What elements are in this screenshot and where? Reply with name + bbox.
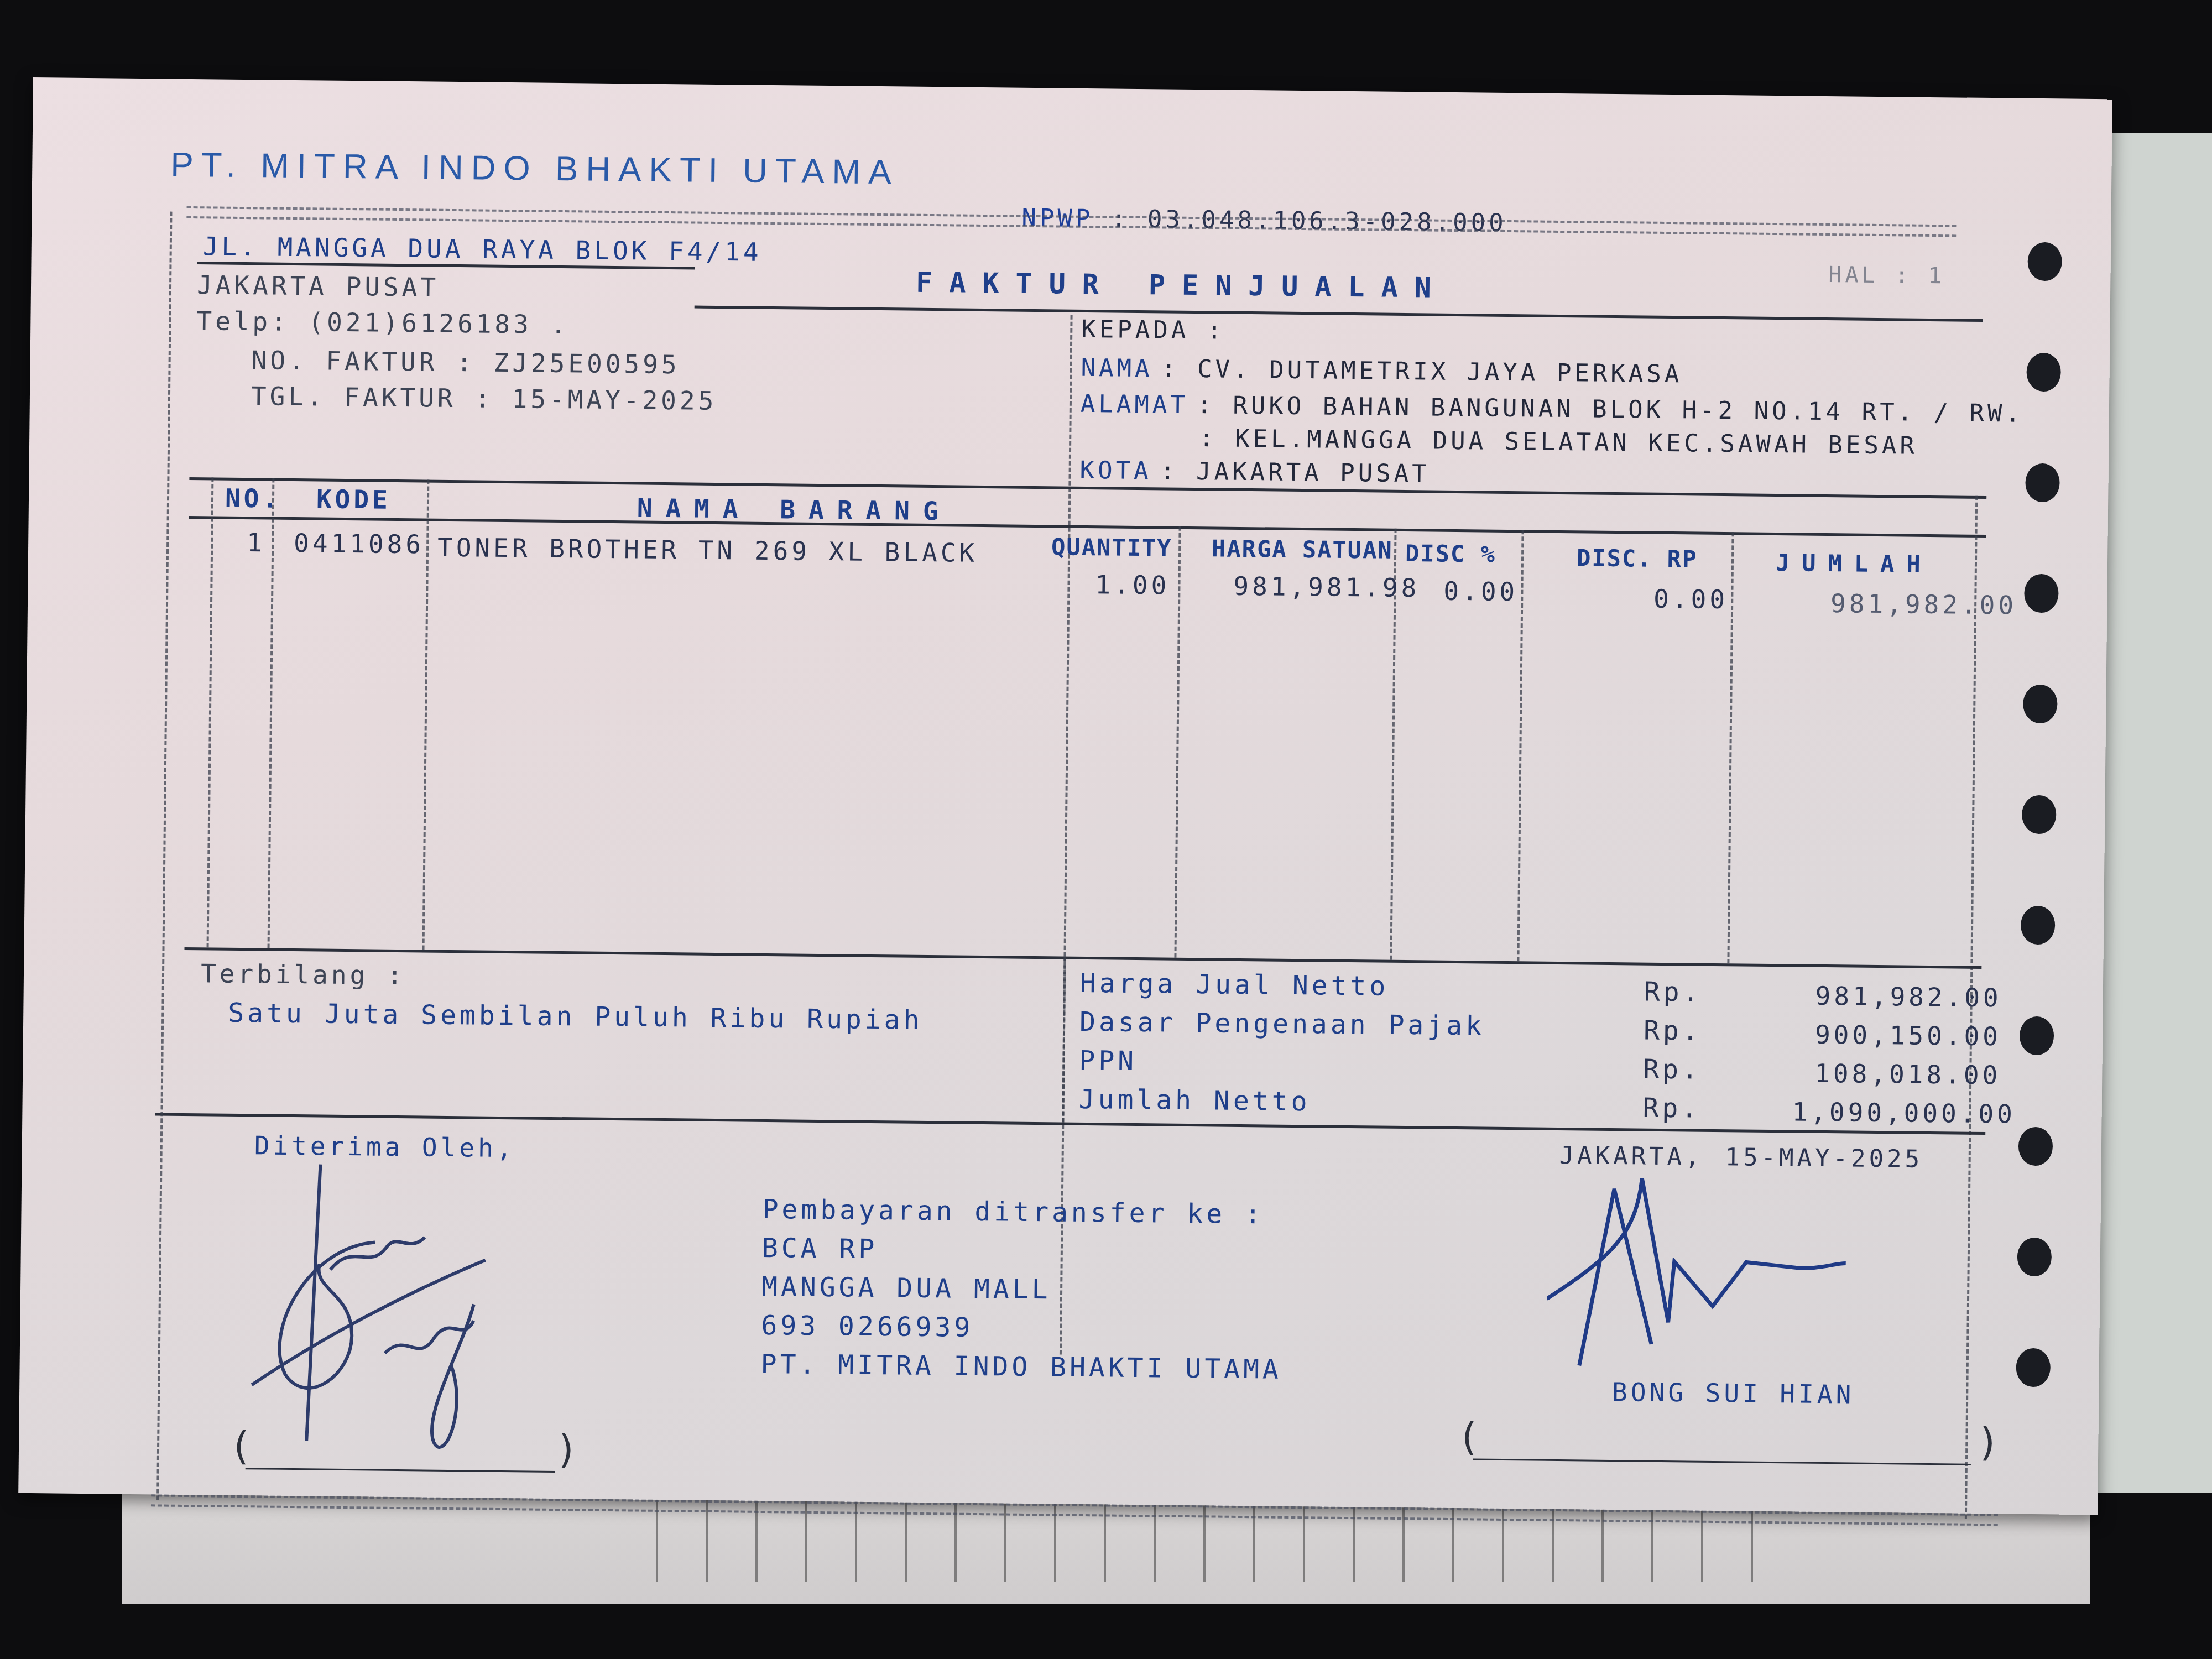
cell-no: 1 xyxy=(247,528,265,557)
summary-row-total: Jumlah Netto Rp. 1,090,000.00 xyxy=(33,77,2112,99)
seller-signature-icon xyxy=(1546,1177,1880,1391)
left-border-dash xyxy=(156,212,172,1500)
customer-address-separator-2: : xyxy=(1199,424,1235,453)
customer-name: CV. DUTAMETRIX JAYA PERKASA xyxy=(1197,355,1683,388)
summary-value: 108,018.00 xyxy=(1814,1058,2001,1091)
col-divider-disc-rp xyxy=(1727,532,1734,963)
summary-bottom-line xyxy=(155,1113,1985,1135)
terbilang-text: Satu Juta Sembilan Puluh Ribu Rupiah xyxy=(228,998,923,1036)
cell-kode: 0411086 xyxy=(294,528,424,559)
seller-address: JL. MANGGA DUA RAYA BLOK F4/14 xyxy=(203,231,762,267)
col-divider-qty xyxy=(1174,526,1181,958)
payment-branch: MANGGA DUA MALL xyxy=(761,1271,1051,1305)
seller-signature-line xyxy=(1473,1458,1971,1465)
receiver-signature-bracket-left: ( xyxy=(229,1423,253,1469)
customer-address-row: ALAMAT : RUKO BAHAN BANGUNAN BLOK H-2 NO… xyxy=(1081,390,2024,428)
summary-value: 900,150.00 xyxy=(1815,1020,2002,1052)
summary-currency: Rp. xyxy=(1644,1015,1702,1047)
feed-hole-icon xyxy=(2022,795,2057,834)
summary-currency: Rp. xyxy=(1644,977,1702,1008)
feed-hole-icon xyxy=(2021,906,2056,945)
summary-label: Harga Jual Netto xyxy=(1080,968,1389,1002)
page-number: HAL : 1 xyxy=(1828,262,1945,289)
customer-city-separator: : xyxy=(1160,457,1197,486)
seller-signature-bracket-left: ( xyxy=(1457,1414,1480,1459)
summary-currency: Rp. xyxy=(1643,1054,1701,1086)
page-value: 1 xyxy=(1928,263,1945,289)
invoice-number-label: NO. FAKTUR xyxy=(251,345,438,377)
terbilang-label: Terbilang : xyxy=(201,958,406,990)
cell-quantity: 1.00 xyxy=(1095,570,1170,600)
th-harga-satuan: HARGA SATUAN xyxy=(1212,535,1393,564)
col-divider-no xyxy=(268,478,275,948)
feed-hole-icon xyxy=(2018,1127,2053,1166)
th-kode: KODE xyxy=(316,484,391,514)
signoff-place: JAKARTA, xyxy=(1559,1141,1703,1171)
feed-hole-icon xyxy=(2024,574,2059,613)
invoice-number-value: ZJ25E00595 xyxy=(493,348,680,380)
feed-hole-icon xyxy=(2026,353,2061,392)
th-disc-pct: DISC % xyxy=(1405,540,1496,568)
summary-currency: Rp. xyxy=(1642,1093,1700,1124)
customer-address-row-2: : KEL.MANGGA DUA SELATAN KEC.SAWAH BESAR xyxy=(1199,424,1918,460)
th-no: NO. xyxy=(225,483,281,514)
receiver-signature-bracket-right: ) xyxy=(555,1427,579,1472)
customer-name-row: NAMA : CV. DUTAMETRIX JAYA PERKASA xyxy=(1081,354,1682,388)
summary-row: Dasar Pengenaan Pajak Rp. 900,150.00 xyxy=(33,77,2112,99)
summary-value: 981,982.00 xyxy=(1815,981,2002,1013)
invoice-paper: PT. MITRA INDO BHAKTI UTAMA NPWP : 03.04… xyxy=(18,77,2112,1515)
payment-account-name: PT. MITRA INDO BHAKTI UTAMA xyxy=(760,1349,1282,1385)
feed-hole-icon xyxy=(2020,1016,2054,1056)
feed-hole-icon xyxy=(2027,242,2062,281)
payment-bank: BCA RP xyxy=(762,1233,878,1265)
customer-address-line1: RUKO BAHAN BANGUNAN BLOK H-2 NO.14 RT. /… xyxy=(1233,392,2023,428)
table-row: 1 0411086 TONER BROTHER TN 269 XL BLACK … xyxy=(33,77,2112,99)
feed-hole-icon xyxy=(2016,1348,2051,1387)
table-bottom-line xyxy=(184,947,1981,969)
col-divider-disc-pct xyxy=(1517,530,1524,961)
payment-account-number: 693 0266939 xyxy=(761,1310,973,1343)
seller-phone: Telp: (021)6126183 . xyxy=(196,306,569,340)
cell-disc-pct: 0.00 xyxy=(1443,576,1518,607)
customer-name-label: NAMA xyxy=(1081,354,1152,383)
feed-hole-icon xyxy=(2023,685,2058,724)
th-nama-barang: NAMA BARANG xyxy=(637,493,952,526)
cell-harga-satuan: 981,981.98 xyxy=(1233,571,1420,603)
customer-address-line2: KEL.MANGGA DUA SELATAN KEC.SAWAH BESAR xyxy=(1235,425,1918,460)
th-quantity: QUANTITY xyxy=(1051,533,1172,561)
invoice-date-label: TGL. FAKTUR xyxy=(251,381,456,413)
summary-label: PPN xyxy=(1079,1045,1137,1077)
summary-row: PPN Rp. 108,018.00 xyxy=(33,77,2112,99)
receiver-signature-line xyxy=(246,1468,555,1473)
payment-label: Pembayaran ditransfer ke : xyxy=(762,1194,1264,1230)
summary-row: Harga Jual Netto Rp. 981,982.00 xyxy=(33,77,2112,99)
invoice-date: TGL. FAKTUR : 15-MAY-2025 xyxy=(251,381,717,416)
cell-nama-barang: TONER BROTHER TN 269 XL BLACK xyxy=(437,533,978,568)
summary-divider xyxy=(1062,957,1066,1123)
th-disc-rp: DISC. RP xyxy=(1577,544,1698,572)
phone-label: Telp: xyxy=(196,306,290,337)
phone-value: (021)6126183 . xyxy=(308,307,569,340)
customer-city-row: KOTA : JAKARTA PUSAT xyxy=(1079,456,1430,488)
invoice-date-value: 15-MAY-2025 xyxy=(512,384,717,416)
customer-city-label: KOTA xyxy=(1079,456,1151,485)
signoff-date: 15-MAY-2025 xyxy=(1725,1143,1923,1173)
customer-name-separator: : xyxy=(1161,354,1198,383)
cell-disc-rp: 0.00 xyxy=(1653,584,1728,614)
th-jumlah: JUMLAH xyxy=(1776,549,1933,578)
seller-company-name: PT. MITRA INDO BHAKTI UTAMA xyxy=(170,145,899,192)
summary-label: Jumlah Netto xyxy=(1078,1084,1310,1117)
cell-jumlah: 981,982.00 xyxy=(1830,588,2017,620)
customer-to-label: KEPADA : xyxy=(1081,315,1225,345)
seller-city: JAKARTA PUSAT xyxy=(197,270,440,302)
document-title: FAKTUR PENJUALAN xyxy=(916,267,1448,304)
receiver-signature-icon xyxy=(240,1152,586,1465)
signer-name: BONG SUI HIAN xyxy=(1612,1377,1855,1410)
customer-address-label: ALAMAT xyxy=(1081,390,1188,419)
col-divider-left xyxy=(207,477,214,947)
seller-signature-bracket-right: ) xyxy=(1976,1420,2000,1465)
page-label: HAL xyxy=(1828,262,1879,288)
invoice-number: NO. FAKTUR : ZJ25E00595 xyxy=(251,345,680,379)
summary-label: Dasar Pengenaan Pajak xyxy=(1079,1006,1485,1042)
title-underline xyxy=(695,306,1983,322)
summary-total-value: 1,090,000.00 xyxy=(1792,1097,2016,1129)
customer-city: JAKARTA PUSAT xyxy=(1196,457,1430,488)
feed-hole-icon xyxy=(2025,463,2060,503)
feed-hole-icon xyxy=(2017,1238,2052,1277)
customer-address-separator: : xyxy=(1197,391,1233,420)
